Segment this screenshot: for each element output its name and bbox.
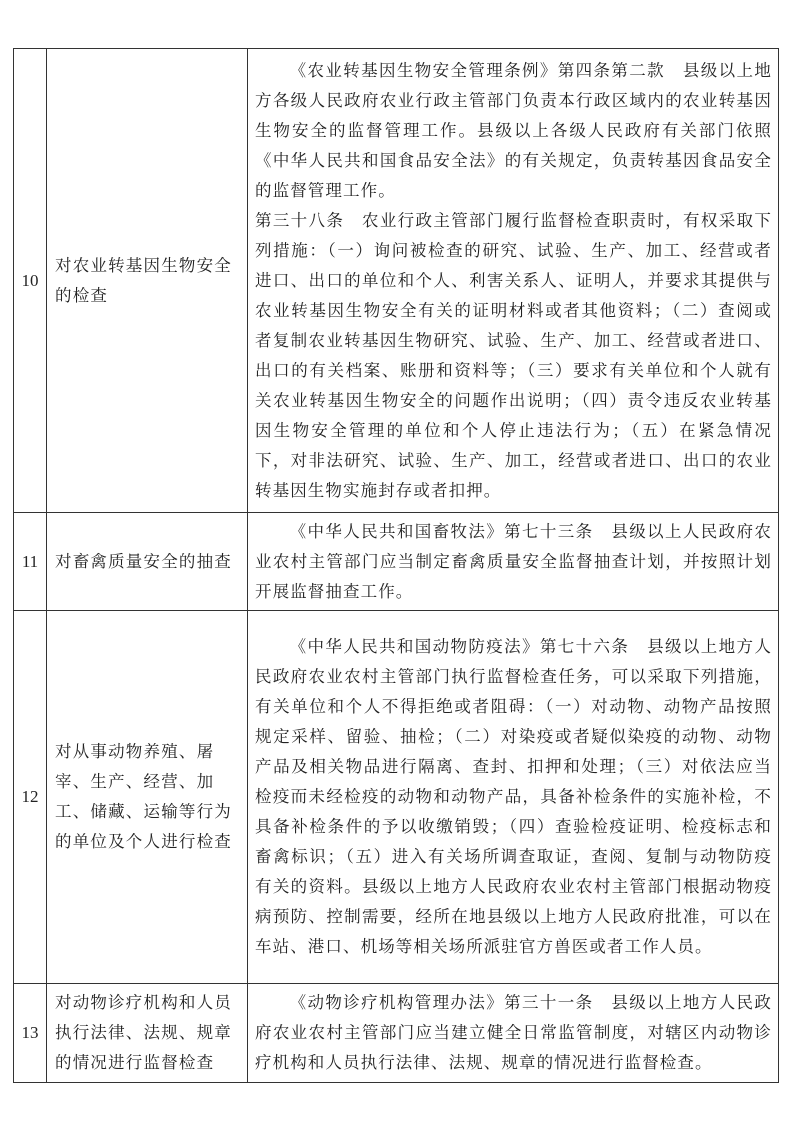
table-row: 11 对畜禽质量安全的抽查 《中华人民共和国畜牧法》第七十三条 县级以上人民政府… <box>14 513 779 611</box>
inspection-item: 对从事动物养殖、屠宰、生产、经营、加工、储藏、运输等行为的单位及个人进行检查 <box>47 611 248 984</box>
table-row: 13 对动物诊疗机构和人员执行法律、法规、规章的情况进行监督检查 《动物诊疗机构… <box>14 984 779 1083</box>
legal-basis: 《动物诊疗机构管理办法》第三十一条 县级以上地方人民政府农业农村主管部门应当建立… <box>248 984 779 1083</box>
inspection-item: 对畜禽质量安全的抽查 <box>47 513 248 611</box>
regulation-table: 10 对农业转基因生物安全的检查 《农业转基因生物安全管理条例》第四条第二款 县… <box>13 48 779 1083</box>
row-number: 13 <box>14 984 47 1083</box>
legal-basis: 《中华人民共和国畜牧法》第七十三条 县级以上人民政府农业农村主管部门应当制定畜禽… <box>248 513 779 611</box>
inspection-item: 对农业转基因生物安全的检查 <box>47 49 248 513</box>
legal-basis-paragraph: 《中华人民共和国动物防疫法》第七十六条 县级以上地方人民政府农业农村主管部门执行… <box>255 632 772 962</box>
legal-basis: 《中华人民共和国动物防疫法》第七十六条 县级以上地方人民政府农业农村主管部门执行… <box>248 611 779 984</box>
row-number: 11 <box>14 513 47 611</box>
legal-basis-paragraph: 《中华人民共和国畜牧法》第七十三条 县级以上人民政府农业农村主管部门应当制定畜禽… <box>255 517 772 607</box>
legal-basis-paragraph: 《动物诊疗机构管理办法》第三十一条 县级以上地方人民政府农业农村主管部门应当建立… <box>255 988 772 1078</box>
table-row: 12 对从事动物养殖、屠宰、生产、经营、加工、储藏、运输等行为的单位及个人进行检… <box>14 611 779 984</box>
inspection-item: 对动物诊疗机构和人员执行法律、法规、规章的情况进行监督检查 <box>47 984 248 1083</box>
row-number: 10 <box>14 49 47 513</box>
legal-basis: 《农业转基因生物安全管理条例》第四条第二款 县级以上地方各级人民政府农业行政主管… <box>248 49 779 513</box>
legal-basis-paragraph: 第三十八条 农业行政主管部门履行监督检查职责时，有权采取下列措施：（一）询问被检… <box>255 206 772 506</box>
legal-basis-paragraph: 《农业转基因生物安全管理条例》第四条第二款 县级以上地方各级人民政府农业行政主管… <box>255 56 772 206</box>
row-number: 12 <box>14 611 47 984</box>
table-row: 10 对农业转基因生物安全的检查 《农业转基因生物安全管理条例》第四条第二款 县… <box>14 49 779 513</box>
